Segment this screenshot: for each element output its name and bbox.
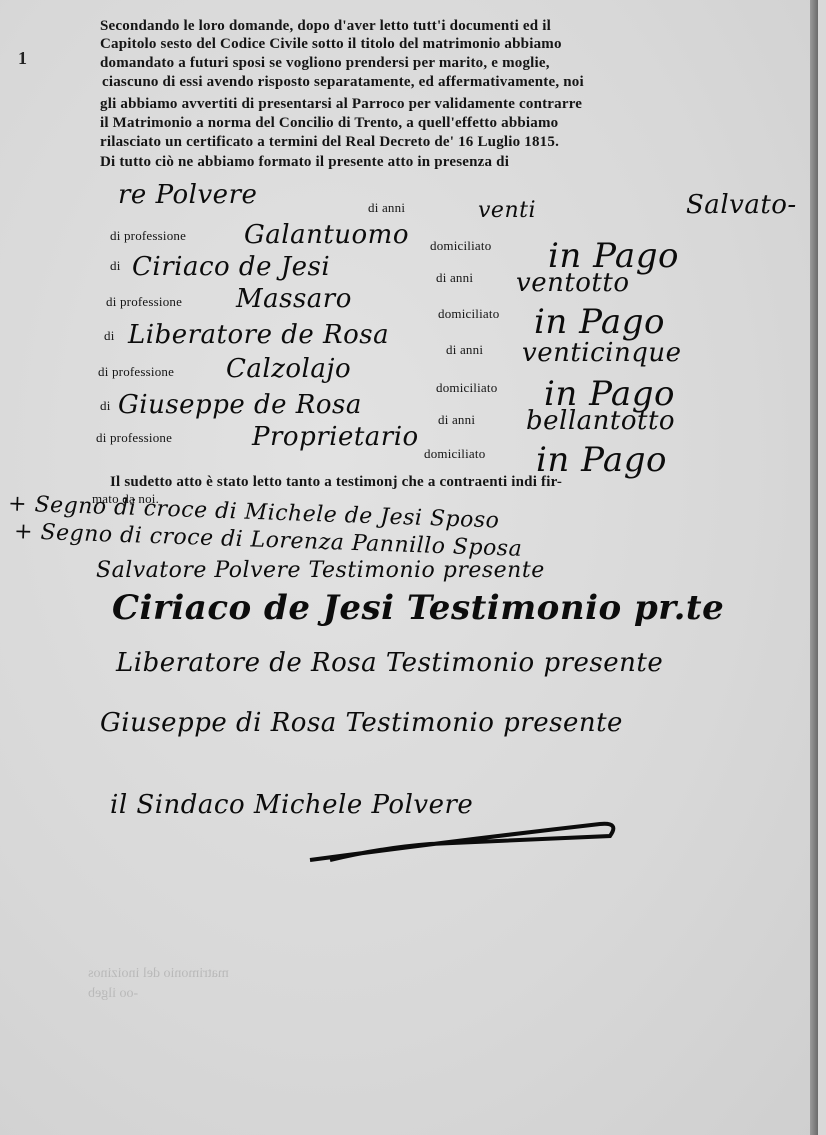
witness-1-profession: Galantuomo [244,220,409,250]
witness-1-age-label: di anni [368,200,405,216]
printed-line-6: il Matrimonio a norma del Concilio di Tr… [100,115,558,132]
witness-1-age: venti [478,198,536,223]
printed-line-4: ciascuno di essi avendo risposto separat… [102,74,584,91]
margin-mark: 1 [18,48,27,69]
witness-2-age-label: di anni [436,270,473,286]
witness-2-domicile-label: domiciliato [438,306,499,322]
closing-line-1: Il sudetto atto è stato letto tanto a te… [110,474,562,491]
witness-2-profession-label: di professione [106,294,182,310]
witness-2-name-label: di [110,258,121,274]
witness-1-profession-label: di professione [110,228,186,244]
witness-4-profession: Proprietario [252,422,419,452]
document-page: 1 Secondando le loro domande, dopo d'ave… [0,0,818,1135]
witness-4-profession-label: di professione [96,430,172,446]
witness-1-domicile-label: domiciliato [430,238,491,254]
printed-line-3: domandato a futuri sposi se vogliono pre… [100,55,550,72]
witness-2-profession: Massaro [236,284,352,314]
witness-3-name: Liberatore de Rosa [128,320,389,350]
printed-line-8: Di tutto ciò ne abbiamo formato il prese… [100,154,509,171]
bleed-through-line-2: -oo ilgeb [88,986,138,1002]
witness-1-name-start: Salvato- [686,190,797,220]
witness-2-age: ventotto [516,268,629,298]
printed-line-2: Capitolo sesto del Codice Civile sotto i… [100,36,562,53]
signature-flourish [300,820,640,870]
page-edge [810,0,818,1135]
signature-sindaco: il Sindaco Michele Polvere [110,790,473,820]
witness-3-name-label: di [104,328,115,344]
witness-3-profession-label: di professione [98,364,174,380]
printed-line-1: Secondando le loro domande, dopo d'aver … [100,18,551,35]
witness-4-name: Giuseppe de Rosa [118,390,362,420]
witness-4-domicile-label: domiciliato [424,446,485,462]
witness-4-name-label: di [100,398,111,414]
witness-4-age-label: di anni [438,412,475,428]
printed-line-7: rilasciato un certificato a termini del … [100,134,559,151]
signature-witness-1: Salvatore Polvere Testimonio presente [96,558,545,583]
witness-3-age: venticinque [522,338,681,368]
signature-witness-2: Ciriaco de Jesi Testimonio pr.te [112,588,724,628]
signature-witness-4: Giuseppe di Rosa Testimonio presente [100,708,623,738]
bleed-through-line-1: matrimonio del inoizinos [88,966,229,982]
signature-witness-3: Liberatore de Rosa Testimonio presente [116,648,663,678]
witness-2-name: Ciriaco de Jesi [132,252,330,282]
printed-line-5: gli abbiamo avvertiti di presentarsi al … [100,96,582,113]
witness-3-profession: Calzolajo [226,354,351,384]
witness-3-domicile-label: domiciliato [436,380,497,396]
witness-4-age: bellantotto [526,406,675,436]
witness-1-name: re Polvere [118,180,257,210]
witness-2-domicile: in Pago [534,302,665,342]
witness-3-age-label: di anni [446,342,483,358]
